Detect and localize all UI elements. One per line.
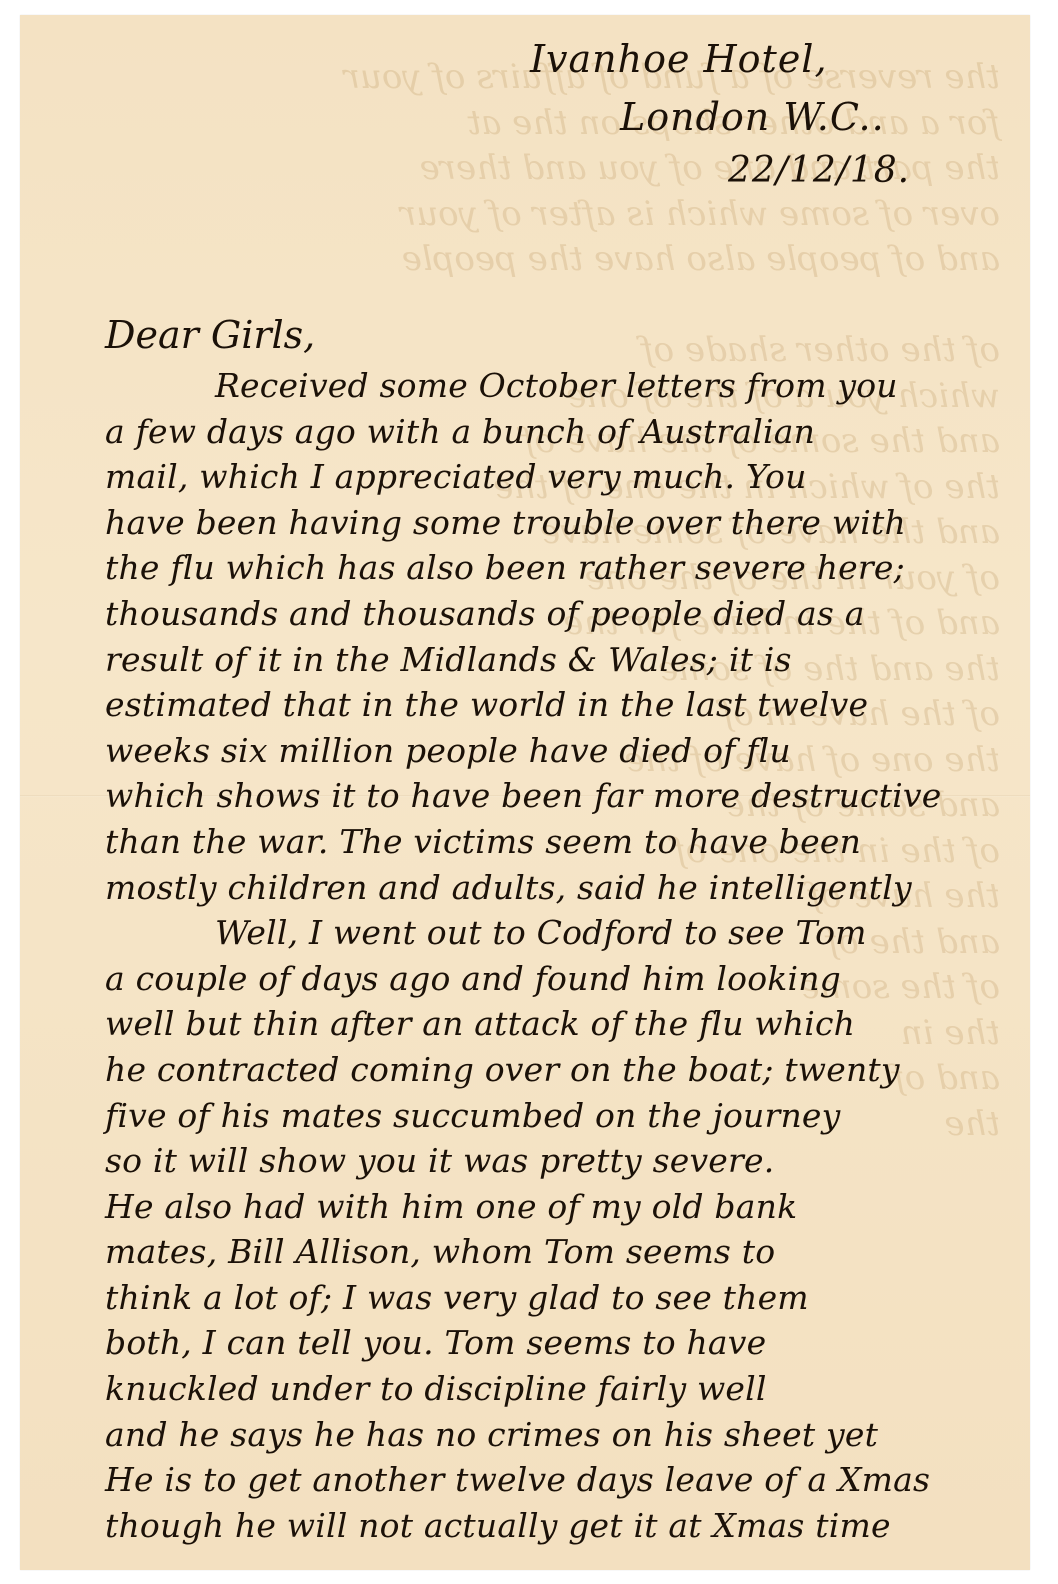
letter-line: mostly children and adults, said he inte… — [105, 865, 1030, 911]
letter-line: think a lot of; I was very glad to see t… — [105, 1275, 1030, 1321]
letter-line: the flu which has also been rather sever… — [105, 545, 1030, 591]
letter-line: result of it in the Midlands & Wales; it… — [105, 637, 1030, 683]
letter-line: Well, I went out to Codford to see Tom — [105, 910, 1030, 956]
letter-line: mail, which I appreciated very much. You — [105, 454, 1030, 500]
letterhead-city: London W.C.. — [620, 95, 885, 139]
letter-line: mates, Bill Allison, whom Tom seems to — [105, 1229, 1030, 1275]
letter-line: though he will not actually get it at Xm… — [105, 1503, 1030, 1549]
letter-line: than the war. The victims seem to have b… — [105, 819, 1030, 865]
letter-line: so it will show you it was pretty severe… — [105, 1138, 1030, 1184]
letterhead-hotel-name: Ivanhoe Hotel, — [530, 37, 828, 81]
letter-line: well but thin after an attack of the flu… — [105, 1001, 1030, 1047]
letter-line: a few days ago with a bunch of Australia… — [105, 409, 1030, 455]
salutation: Dear Girls, — [105, 313, 315, 357]
letter-line: both, I can tell you. Tom seems to have — [105, 1320, 1030, 1366]
letter-line: Received some October letters from you — [105, 363, 1030, 409]
letter-line: which shows it to have been far more des… — [105, 773, 1030, 819]
letter-body: Received some October letters from you a… — [105, 363, 1030, 1548]
letter-line: estimated that in the world in the last … — [105, 682, 1030, 728]
letter-line: weeks six million people have died of fl… — [105, 728, 1030, 774]
letter-line: knuckled under to discipline fairly well — [105, 1366, 1030, 1412]
letter-line: have been having some trouble over there… — [105, 500, 1030, 546]
letter-line: and he says he has no crimes on his shee… — [105, 1412, 1030, 1458]
letter-line: thousands and thousands of people died a… — [105, 591, 1030, 637]
letter-page: the reverse of a fund of affairs of your… — [20, 15, 1030, 1570]
letter-line: a couple of days ago and found him looki… — [105, 956, 1030, 1002]
letter-line: he contracted coming over on the boat; t… — [105, 1047, 1030, 1093]
letter-line: He also had with him one of my old bank — [105, 1184, 1030, 1230]
letter-line: five of his mates succumbed on the journ… — [105, 1093, 1030, 1139]
letter-date: 22/12/18. — [728, 150, 910, 191]
letter-line: He is to get another twelve days leave o… — [105, 1457, 1030, 1503]
